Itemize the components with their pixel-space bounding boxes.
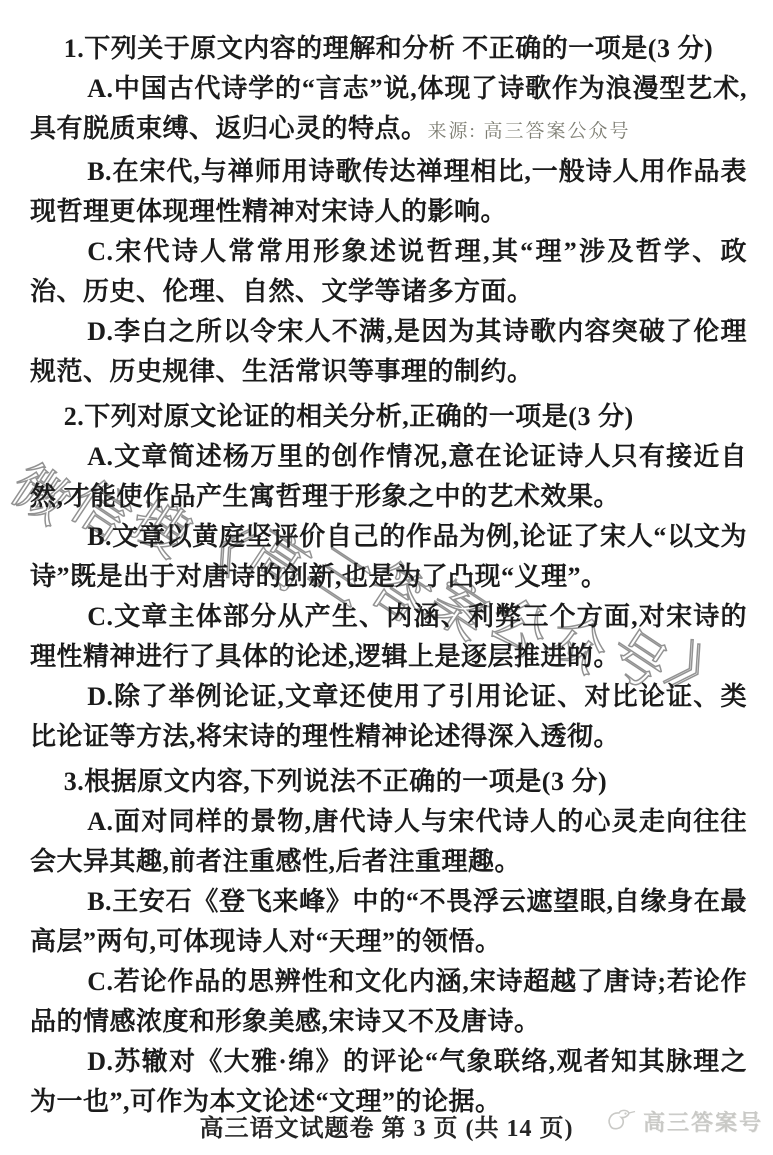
question-1-option-a-text: A.中国古代诗学的“言志”说,体现了诗歌作为浪漫型艺术,具有脱质束缚、返归心灵的… [30, 74, 747, 143]
exam-page-body: 1.下列关于原文内容的理解和分析 不正确的一项是(3 分) A.中国古代诗学的“… [30, 24, 747, 1122]
question-1-option-c: C.宋代诗人常常用形象述说哲理,其“理”涉及哲学、政治、历史、伦理、自然、文学等… [30, 232, 747, 312]
question-3-stem: 3.根据原文内容,下列说法不正确的一项是(3 分) [30, 762, 747, 802]
corner-watermark: 高三答案号 [606, 1106, 763, 1137]
source-note: 来源: 高三答案公众号 [428, 121, 631, 142]
question-2-option-d: D.除了举例论证,文章还使用了引用论证、对比论证、类比论证等方法,将宋诗的理性精… [30, 677, 747, 757]
corner-watermark-label: 高三答案号 [643, 1106, 763, 1137]
bird-logo-icon [606, 1108, 638, 1136]
question-2-option-c: C.文章主体部分从产生、内涵、利弊三个方面,对宋诗的理性精神进行了具体的论述,逻… [30, 597, 747, 677]
question-2-option-b: B.文章以黄庭坚评价自己的作品为例,论证了宋人“以文为诗”既是出于对唐诗的创新,… [30, 517, 747, 597]
question-1-option-b: B.在宋代,与禅师用诗歌传达禅理相比,一般诗人用作品表现哲理更体现理性精神对宋诗… [30, 152, 747, 232]
question-1-option-d: D.李白之所以令宋人不满,是因为其诗歌内容突破了伦理规范、历史规律、生活常识等事… [30, 312, 747, 392]
question-3-option-b: B.王安石《登飞来峰》中的“不畏浮云遮望眼,自缘身在最高层”两句,可体现诗人对“… [30, 882, 747, 962]
question-1-option-a: A.中国古代诗学的“言志”说,体现了诗歌作为浪漫型艺术,具有脱质束缚、返归心灵的… [30, 69, 747, 152]
question-3-option-a: A.面对同样的景物,唐代诗人与宋代诗人的心灵走向往往会大异其趣,前者注重感性,后… [30, 802, 747, 882]
question-2-stem: 2.下列对原文论证的相关分析,正确的一项是(3 分) [30, 397, 747, 437]
question-3-option-c: C.若论作品的思辨性和文化内涵,宋诗超越了唐诗;若论作品的情感浓度和形象美感,宋… [30, 962, 747, 1042]
question-1-stem: 1.下列关于原文内容的理解和分析 不正确的一项是(3 分) [30, 29, 747, 69]
question-2-option-a: A.文章简述杨万里的创作情况,意在论证诗人只有接近自然,才能使作品产生寓哲理于形… [30, 437, 747, 517]
